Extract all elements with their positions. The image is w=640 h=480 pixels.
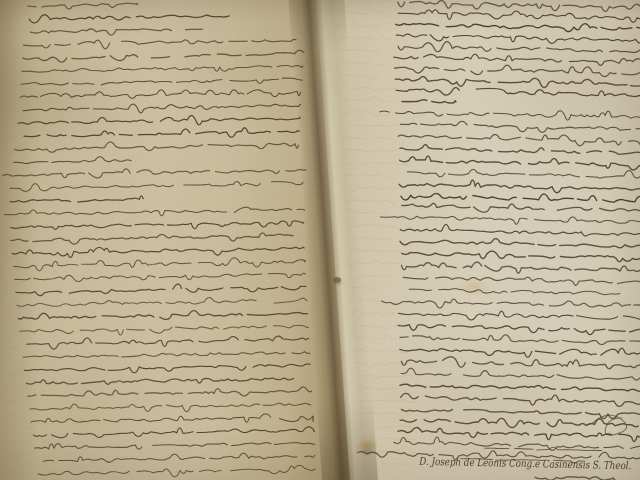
manuscript-photo: D. Joseph de Leonis Cong.e Casinensis S.… [0,0,640,480]
